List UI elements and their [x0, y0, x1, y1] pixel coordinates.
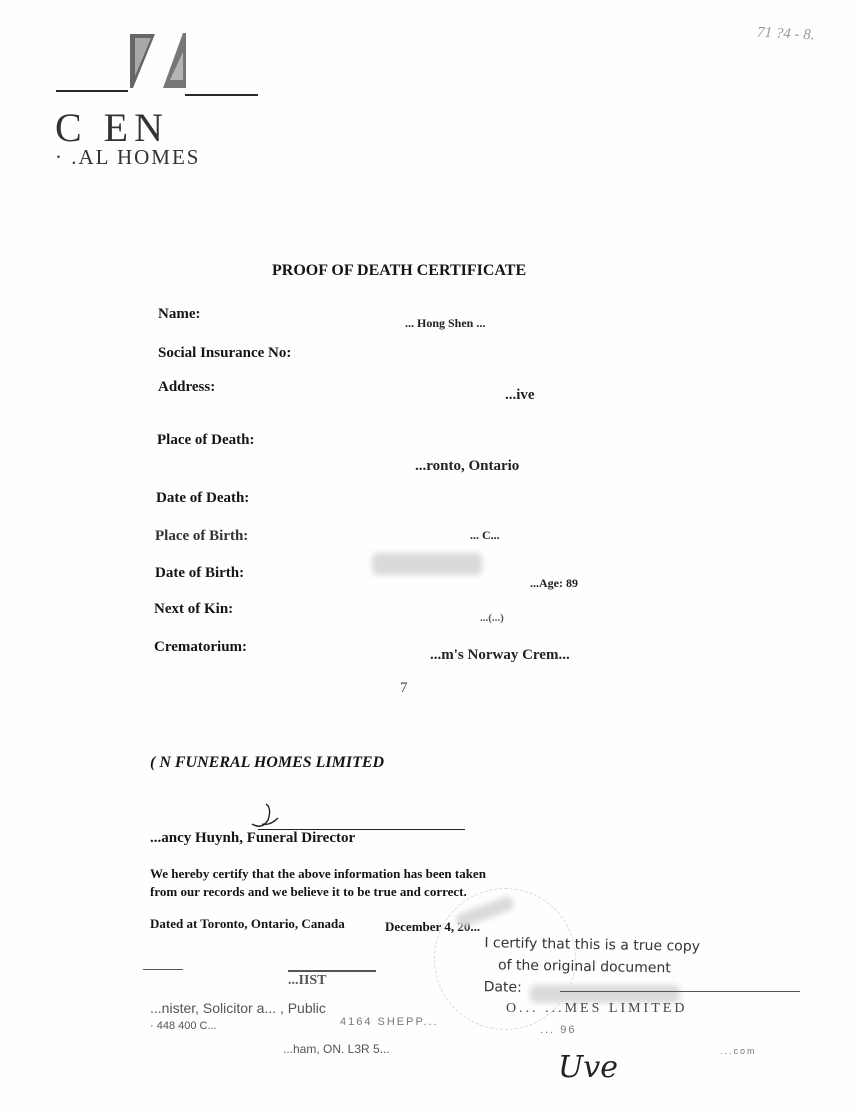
document-title: PROOF OF DEATH CERTIFICATE [272, 262, 526, 280]
value-place-of-death: ...ronto, Ontario [415, 458, 519, 475]
footer-address: 4164 SHEPP... [340, 1016, 439, 1028]
value-name: ... Hong Shen ... [405, 316, 485, 331]
footer-web: ...com [720, 1046, 757, 1056]
logo-rule-left [56, 90, 128, 92]
value-place-of-birth: ... C... [470, 528, 500, 543]
value-date-of-birth: ...Age: 89 [530, 576, 578, 591]
funeral-home-name: ( N FUNERAL HOMES LIMITED [150, 754, 384, 772]
label-place-of-birth: Place of Birth: [155, 528, 248, 545]
value-address: ...ive [505, 387, 535, 404]
logo-mark [125, 32, 195, 88]
label-date-of-death: Date of Death: [156, 490, 249, 507]
certification-line-1: We hereby certify that the above informa… [150, 865, 486, 883]
certification-line-2: from our records and we believe it to be… [150, 883, 486, 901]
label-crematorium: Crematorium: [154, 639, 247, 656]
certification-text: We hereby certify that the above informa… [150, 865, 486, 901]
funeral-director: ...ancy Huynh, Funeral Director [150, 830, 355, 847]
logo-rule-right [185, 94, 258, 96]
label-name: Name: [158, 306, 200, 323]
value-next-of-kin: ...(...) [480, 612, 504, 624]
notary-heading: ...IIST [288, 973, 327, 989]
logo-wordmark: C EN [55, 104, 169, 151]
logo-subtitle: · .AL HOMES [55, 145, 200, 170]
footer-rule-left [143, 969, 183, 970]
handwritten-note: 71 ?4 - 8. [757, 25, 815, 45]
certifier-signature: Uve [558, 1050, 618, 1085]
label-sin: Social Insurance No: [158, 345, 291, 362]
footer-rule-mid [288, 970, 376, 972]
dated-at: Dated at Toronto, Ontario, Canada [150, 916, 345, 932]
footer-company: O... ...MES LIMITED [506, 1001, 687, 1017]
label-date-of-birth: Date of Birth: [155, 565, 244, 582]
true-copy-date-line [560, 991, 800, 992]
notary-line-1: ...nister, Solicitor a... , Public [150, 1000, 326, 1016]
label-address: Address: [158, 379, 215, 396]
label-next-of-kin: Next of Kin: [154, 601, 233, 618]
footer-fragment: ... 96 [540, 1024, 576, 1036]
stray-mark: 7 [400, 680, 408, 697]
footer-city: ...ham, ON. L3R 5... [283, 1042, 390, 1056]
notary-line-2: · 448 400 C... [150, 1020, 217, 1032]
value-crematorium: ...m's Norway Crem... [430, 647, 570, 664]
redaction-blur [372, 553, 482, 575]
label-place-of-death: Place of Death: [157, 432, 254, 449]
